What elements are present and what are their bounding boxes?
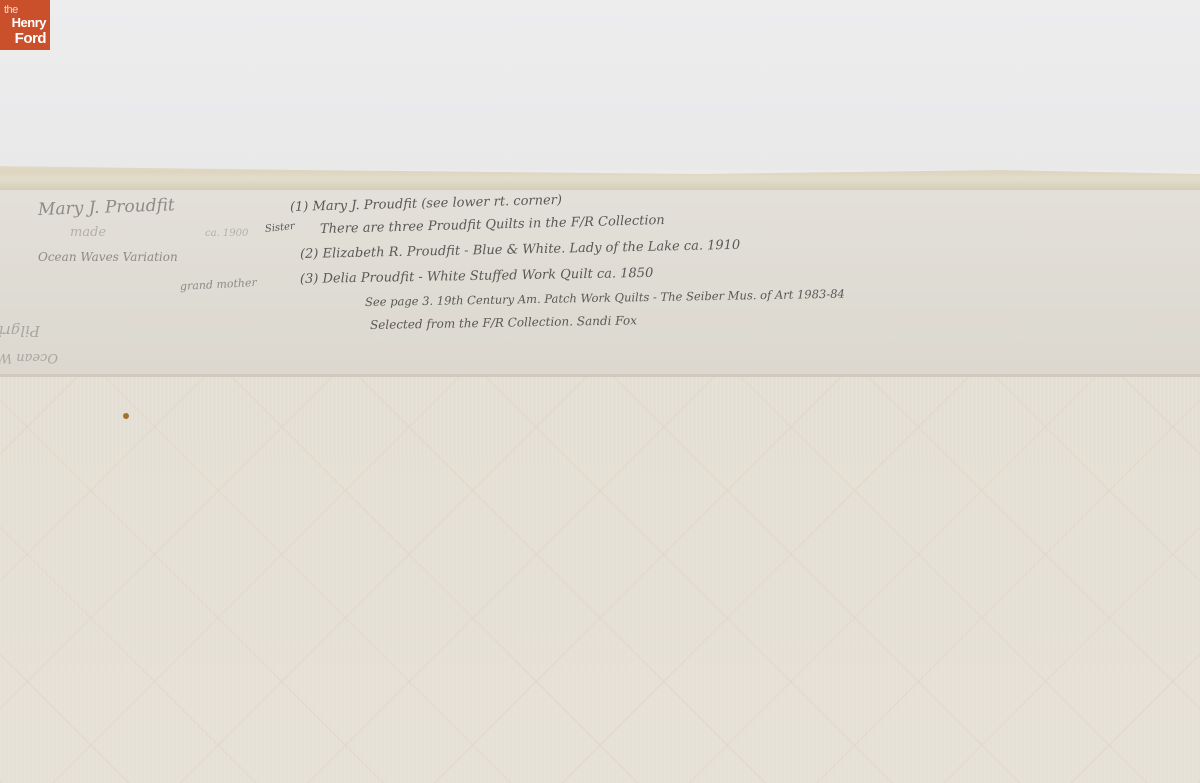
note-num-1: (1) <box>290 200 309 215</box>
stain-spot <box>123 413 129 419</box>
quilt-body <box>0 377 1200 783</box>
note-num-3: (2) <box>300 247 319 262</box>
note-date: ca. 1900 <box>205 228 248 239</box>
logo-ford: Ford <box>15 30 46 47</box>
mirrored-note-2: Ocean Waves <box>0 350 58 365</box>
henry-ford-logo: the Henry Ford <box>0 0 50 50</box>
photo-backdrop <box>0 0 1200 170</box>
note-num-4: (3) <box>300 272 319 287</box>
mirrored-note-1: Pilgrim/Key <box>0 322 40 340</box>
logo-henry: Henry <box>12 15 46 30</box>
note-pattern: Ocean Waves Variation <box>38 250 178 264</box>
note-made: made <box>70 225 106 240</box>
